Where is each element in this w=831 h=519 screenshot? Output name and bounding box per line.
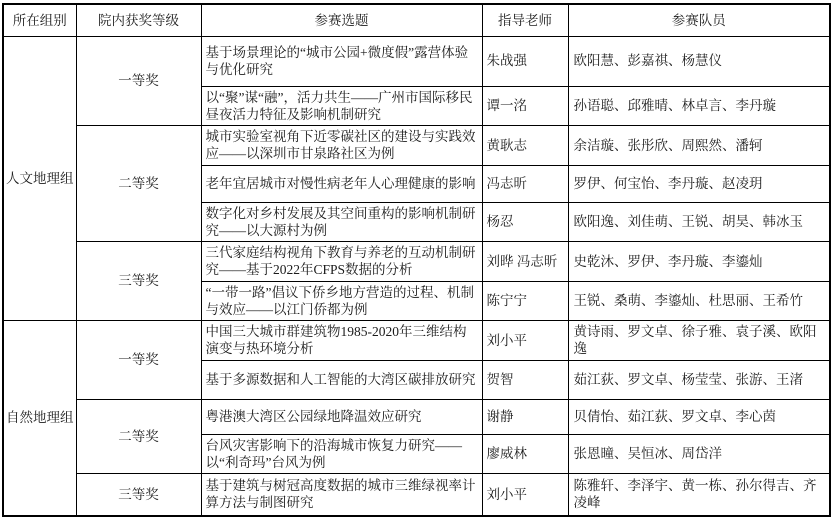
- award-cell: 三等奖: [76, 242, 201, 321]
- topic-cell: 粤港澳大湾区公园绿地降温效应研究: [201, 399, 482, 434]
- members-cell: 孙语聪、邱雅晴、林卓言、李丹璇: [568, 86, 830, 126]
- topic-cell: 基于建筑与树冠高度数据的城市三维绿视率计算方法与制图研究: [201, 474, 482, 516]
- teacher-cell: 朱战强: [482, 36, 568, 86]
- award-cell: 三等奖: [76, 474, 201, 516]
- members-cell: 史乾沐、罗伊、李丹璇、李鎏灿: [568, 242, 830, 282]
- table-row: 二等奖 粤港澳大湾区公园绿地降温效应研究 谢静 贝倩怡、茹江荻、罗文卓、李心茵: [3, 399, 830, 434]
- members-cell: 王锐、桑萌、李鎏灿、杜思丽、王希竹: [568, 281, 830, 321]
- teacher-cell: 刘小平: [482, 474, 568, 516]
- header-topic: 参赛选题: [201, 4, 482, 36]
- teacher-cell: 谢静: [482, 399, 568, 434]
- members-cell: 余洁璇、张彤欣、周熙然、潘轲: [568, 126, 830, 166]
- header-group: 所在组别: [3, 4, 76, 36]
- teacher-cell: 刘小平: [482, 321, 568, 361]
- teacher-cell: 贺智: [482, 360, 568, 399]
- members-cell: 陈雅轩、李泽宇、黄一栋、孙尔得吉、齐凌峰: [568, 474, 830, 516]
- awards-table: 所在组别 院内获奖等级 参赛选题 指导老师 参赛队员 人文地理组 一等奖 基于场…: [2, 3, 831, 517]
- award-cell: 一等奖: [76, 36, 201, 126]
- table-row: 人文地理组 一等奖 基于场景理论的“城市公园+微度假”露营体验与优化研究 朱战强…: [3, 36, 830, 86]
- topic-cell: 三代家庭结构视角下教育与养老的互动机制研究——基于2022年CFPS数据的分析: [201, 242, 482, 282]
- header-row: 所在组别 院内获奖等级 参赛选题 指导老师 参赛队员: [3, 4, 830, 36]
- members-cell: 贝倩怡、茹江荻、罗文卓、李心茵: [568, 399, 830, 434]
- topic-cell: 城市实验室视角下近零碳社区的建设与实践效应——以深圳市甘泉路社区为例: [201, 126, 482, 166]
- header-award-level: 院内获奖等级: [76, 4, 201, 36]
- group-cell: 自然地理组: [3, 321, 76, 516]
- teacher-cell: 刘晔 冯志昕: [482, 242, 568, 282]
- award-cell: 一等奖: [76, 321, 201, 400]
- topic-cell: 台风灾害影响下的沿海城市恢复力研究——以“利奇玛”台风为例: [201, 434, 482, 474]
- table-row: 自然地理组 一等奖 中国三大城市群建筑物1985-2020年三维结构演变与热环境…: [3, 321, 830, 361]
- topic-cell: 中国三大城市群建筑物1985-2020年三维结构演变与热环境分析: [201, 321, 482, 361]
- members-cell: 欧阳逸、刘佳萌、王锐、胡昊、韩冰玉: [568, 202, 830, 242]
- teacher-cell: 黄耿志: [482, 126, 568, 166]
- page-container: 所在组别 院内获奖等级 参赛选题 指导老师 参赛队员 人文地理组 一等奖 基于场…: [0, 0, 831, 519]
- topic-cell: 数字化对乡村发展及其空间重构的影响机制研究——以大源村为例: [201, 202, 482, 242]
- teacher-cell: 杨忍: [482, 202, 568, 242]
- table-row: 二等奖 城市实验室视角下近零碳社区的建设与实践效应——以深圳市甘泉路社区为例 黄…: [3, 126, 830, 166]
- members-cell: 张恩曈、吴恒冰、周岱洋: [568, 434, 830, 474]
- topic-cell: 基于场景理论的“城市公园+微度假”露营体验与优化研究: [201, 36, 482, 86]
- topic-cell: 老年宜居城市对慢性病老年人心理健康的影响: [201, 165, 482, 202]
- topic-cell: “一带一路”倡议下侨乡地方营造的过程、机制与效应——以江门侨都为例: [201, 281, 482, 321]
- members-cell: 罗伊、何宝怡、李丹璇、赵凌玥: [568, 165, 830, 202]
- teacher-cell: 廖威林: [482, 434, 568, 474]
- table-row: 三等奖 三代家庭结构视角下教育与养老的互动机制研究——基于2022年CFPS数据…: [3, 242, 830, 282]
- members-cell: 黄诗雨、罗文卓、徐子雅、袁子溪、欧阳逸: [568, 321, 830, 361]
- group-cell: 人文地理组: [3, 36, 76, 321]
- award-cell: 二等奖: [76, 399, 201, 474]
- teacher-cell: 冯志昕: [482, 165, 568, 202]
- topic-cell: 以“聚”谋“融”，活力共生——广州市国际移民昼夜活力特征及影响机制研究: [201, 86, 482, 126]
- teacher-cell: 谭一洺: [482, 86, 568, 126]
- members-cell: 欧阳慧、彭嘉祺、杨慧仪: [568, 36, 830, 86]
- teacher-cell: 陈宁宁: [482, 281, 568, 321]
- table-row: 三等奖 基于建筑与树冠高度数据的城市三维绿视率计算方法与制图研究 刘小平 陈雅轩…: [3, 474, 830, 516]
- members-cell: 茹江荻、罗文卓、杨莹莹、张游、王渚: [568, 360, 830, 399]
- topic-cell: 基于多源数据和人工智能的大湾区碳排放研究: [201, 360, 482, 399]
- header-teacher: 指导老师: [482, 4, 568, 36]
- header-members: 参赛队员: [568, 4, 830, 36]
- award-cell: 二等奖: [76, 126, 201, 242]
